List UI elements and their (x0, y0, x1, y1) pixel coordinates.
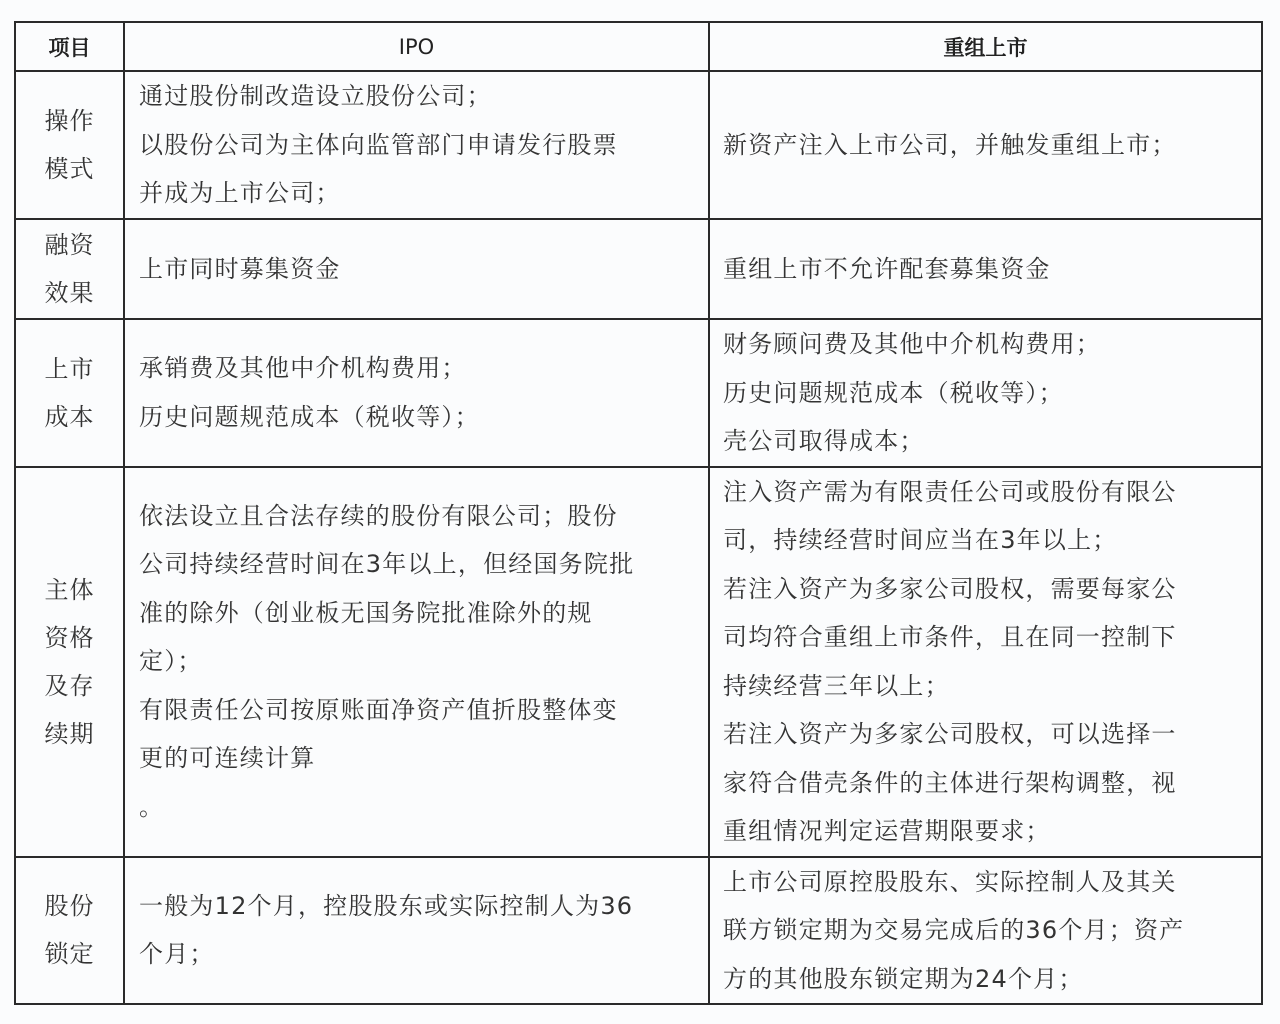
text-line: 准的除外（创业板无国务院批准除外的规 (139, 589, 696, 638)
row-label: 股份锁定 (15, 857, 124, 1005)
text-line: 家符合借壳条件的主体进行架构调整，视 (723, 759, 1241, 808)
table-row: 融资效果 上市同时募集资金 重组上市不允许配套募集资金 (15, 219, 1262, 319)
text-line: 依法设立且合法存续的股份有限公司；股份 (139, 492, 696, 541)
reorg-cell: 新资产注入上市公司，并触发重组上市； (709, 71, 1262, 219)
table-row: 操作模式 通过股份制改造设立股份公司； 以股份公司为主体向监管部门申请发行股票 … (15, 71, 1262, 219)
text-line: 更的可连续计算 (139, 734, 696, 783)
text-line: 并成为上市公司； (139, 169, 696, 218)
text-line: 注入资产需为有限责任公司或股份有限公 (723, 468, 1241, 517)
text-line: 方的其他股东锁定期为24个月； (723, 955, 1241, 1004)
header-row: 项目 IPO 重组上市 (15, 22, 1262, 71)
row-label: 融资效果 (15, 219, 124, 319)
text-line: 联方锁定期为交易完成后的36个月；资产 (723, 906, 1241, 955)
ipo-cell: 依法设立且合法存续的股份有限公司；股份 公司持续经营时间在3年以上，但经国务院批… (124, 467, 709, 857)
text-line: 持续经营三年以上； (723, 662, 1241, 711)
text-line: 以股份公司为主体向监管部门申请发行股票 (139, 121, 696, 170)
table-row: 股份锁定 一般为12个月，控股股东或实际控制人为36 个月； 上市公司原控股股东… (15, 857, 1262, 1005)
text-line: 若注入资产为多家公司股权，可以选择一 (723, 710, 1241, 759)
text-line: 历史问题规范成本（税收等）； (723, 369, 1241, 418)
text-line: 司，持续经营时间应当在3年以上； (723, 516, 1241, 565)
reorg-cell: 上市公司原控股股东、实际控制人及其关 联方锁定期为交易完成后的36个月；资产 方… (709, 857, 1262, 1005)
text-line: 重组上市不允许配套募集资金 (723, 245, 1241, 294)
reorg-cell: 注入资产需为有限责任公司或股份有限公 司，持续经营时间应当在3年以上； 若注入资… (709, 467, 1262, 857)
text-line: 重组情况判定运营期限要求； (723, 807, 1241, 856)
text-line: 承销费及其他中介机构费用； (139, 344, 696, 393)
reorg-cell: 重组上市不允许配套募集资金 (709, 219, 1262, 319)
text-line: 一般为12个月，控股股东或实际控制人为36 (139, 882, 696, 931)
comparison-table: 项目 IPO 重组上市 操作模式 通过股份制改造设立股份公司； 以股份公司为主体… (14, 21, 1263, 1005)
text-line: 历史问题规范成本（税收等）； (139, 393, 696, 442)
table-row: 主体资格及存续期 依法设立且合法存续的股份有限公司；股份 公司持续经营时间在3年… (15, 467, 1262, 857)
ipo-cell: 通过股份制改造设立股份公司； 以股份公司为主体向监管部门申请发行股票 并成为上市… (124, 71, 709, 219)
text-line: 新资产注入上市公司，并触发重组上市； (723, 121, 1241, 170)
text-line: 有限责任公司按原账面净资产值折股整体变 (139, 686, 696, 735)
row-label: 操作模式 (15, 71, 124, 219)
ipo-cell: 上市同时募集资金 (124, 219, 709, 319)
header-ipo: IPO (124, 22, 709, 71)
header-reorg-listing: 重组上市 (709, 22, 1262, 71)
table-row: 上市成本 承销费及其他中介机构费用； 历史问题规范成本（税收等）； 财务顾问费及… (15, 319, 1262, 467)
text-line: 司均符合重组上市条件，且在同一控制下 (723, 613, 1241, 662)
text-line: 壳公司取得成本； (723, 417, 1241, 466)
text-line: 通过股份制改造设立股份公司； (139, 72, 696, 121)
text-line: 若注入资产为多家公司股权，需要每家公 (723, 565, 1241, 614)
row-label: 主体资格及存续期 (15, 467, 124, 857)
ipo-cell: 承销费及其他中介机构费用； 历史问题规范成本（税收等）； (124, 319, 709, 467)
header-item: 项目 (15, 22, 124, 71)
text-line: 上市同时募集资金 (139, 245, 696, 294)
text-line: 上市公司原控股股东、实际控制人及其关 (723, 858, 1241, 907)
text-line: 公司持续经营时间在3年以上，但经国务院批 (139, 540, 696, 589)
row-label: 上市成本 (15, 319, 124, 467)
reorg-cell: 财务顾问费及其他中介机构费用； 历史问题规范成本（税收等）； 壳公司取得成本； (709, 319, 1262, 467)
ipo-cell: 一般为12个月，控股股东或实际控制人为36 个月； (124, 857, 709, 1005)
text-line: 财务顾问费及其他中介机构费用； (723, 320, 1241, 369)
text-line: 个月； (139, 930, 696, 979)
text-line: 定）； (139, 637, 696, 686)
text-line: 。 (139, 783, 696, 832)
